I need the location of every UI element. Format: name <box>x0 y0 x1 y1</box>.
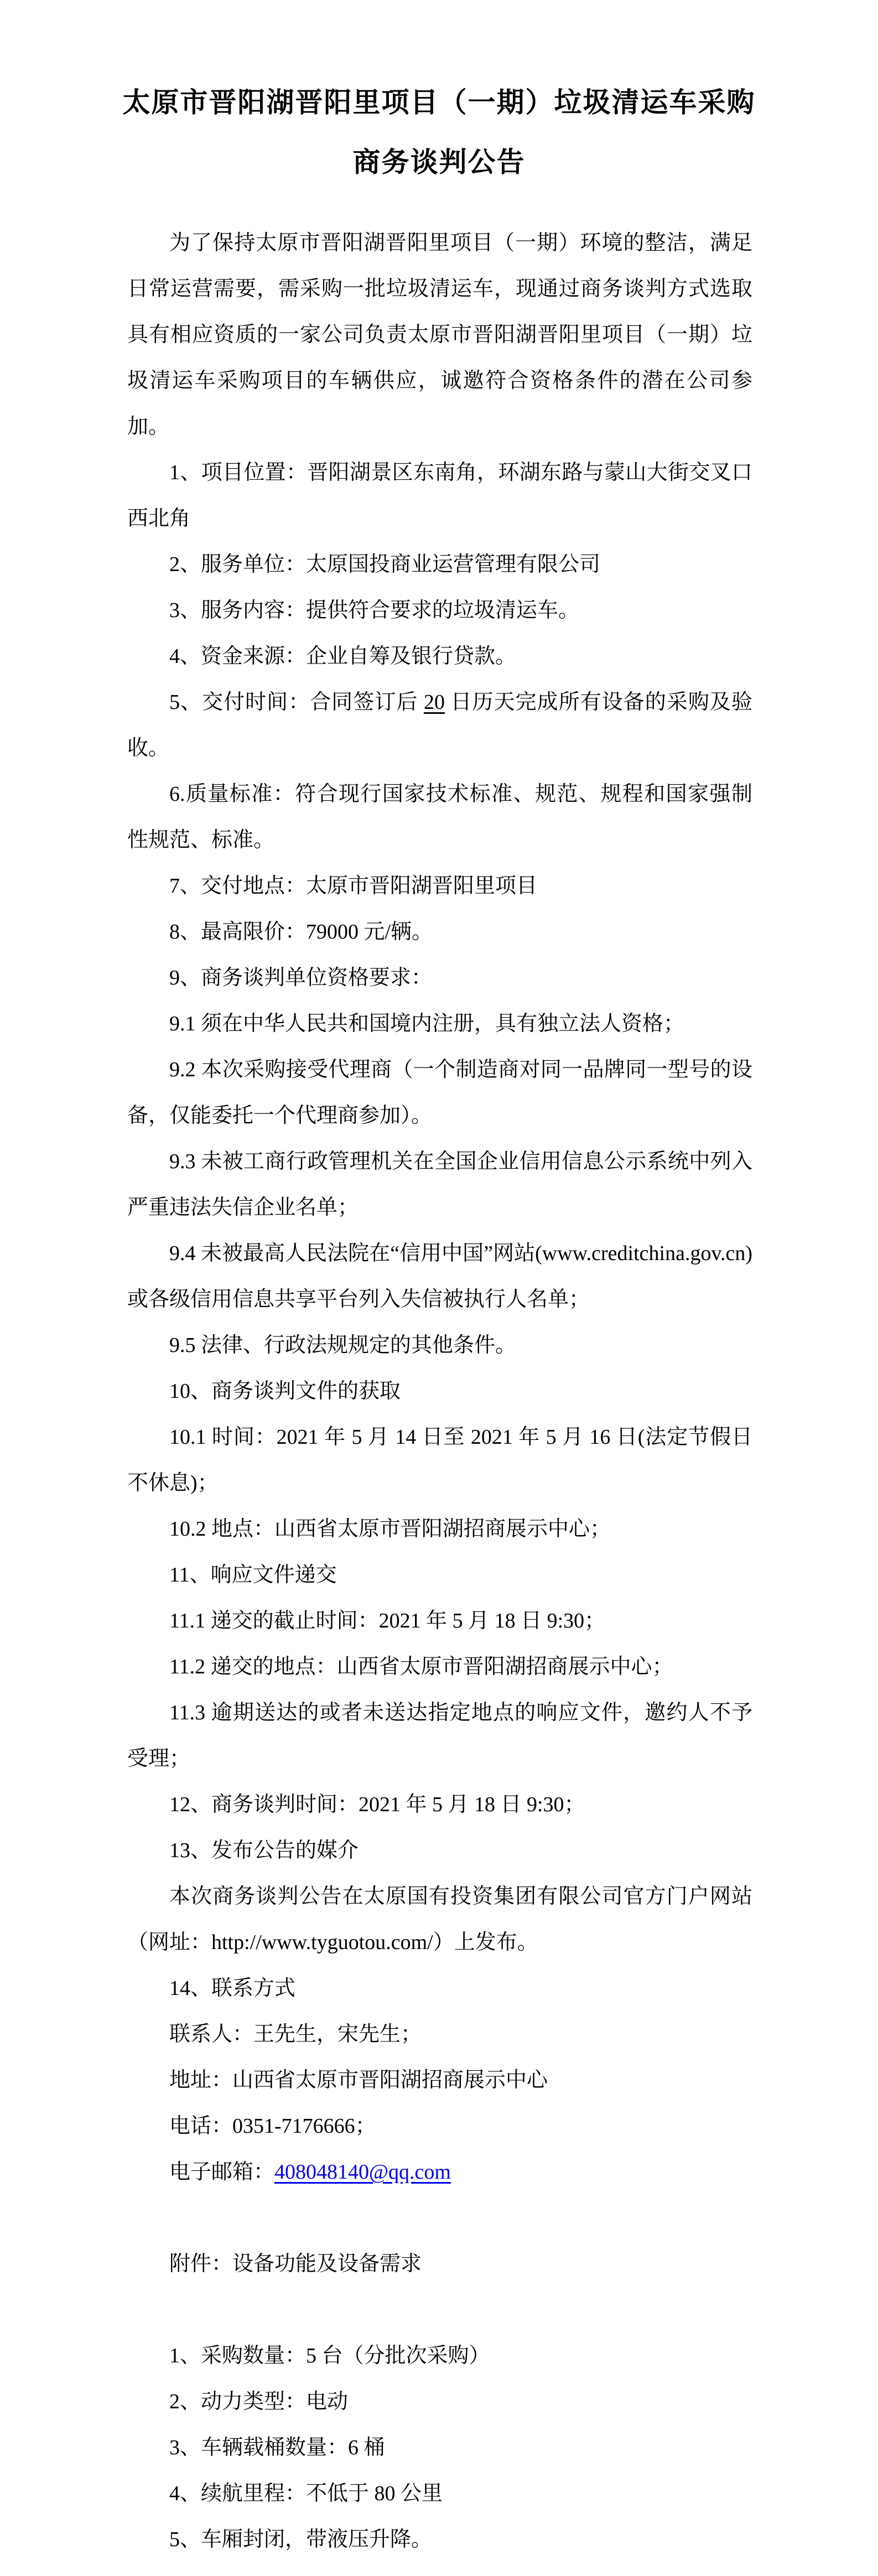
text-run: 2、服务单位：太原国投商业运营管理有限公司 <box>169 553 600 576</box>
paragraph: 6.质量标准：符合现行国家技术标准、规范、规程和国家强制性规范、标准。 <box>127 771 752 863</box>
paragraph: 11.1 递交的截止时间：2021 年 5 月 18 日 9:30； <box>127 1598 752 1644</box>
paragraph: 11.2 递交的地点：山西省太原市晋阳湖招商展示中心； <box>127 1644 752 1690</box>
paragraph: 4、资金来源：企业自筹及银行贷款。 <box>127 634 752 680</box>
paragraph: 联系人：王先生，宋先生； <box>127 2012 752 2057</box>
title-line-1: 太原市晋阳湖晋阳里项目（一期）垃圾清运车采购 <box>0 72 878 132</box>
paragraph: 2、服务单位：太原国投商业运营管理有限公司 <box>127 542 752 588</box>
paragraph: 为了保持太原市晋阳湖晋阳里项目（一期）环境的整洁，满足日常运营需要，需采购一批垃… <box>127 220 752 450</box>
paragraph: 10、商务谈判文件的获取 <box>127 1369 752 1414</box>
text-run: 5、交付时间：合同签订后 <box>169 691 424 714</box>
text-run: 4、资金来源：企业自筹及银行贷款。 <box>169 645 516 668</box>
text-run: 2、动力类型：电动 <box>169 2390 348 2413</box>
paragraph: 10.2 地点：山西省太原市晋阳湖招商展示中心； <box>127 1506 752 1552</box>
text-run: 9、商务谈判单位资格要求： <box>169 966 432 989</box>
text-run: 地址：山西省太原市晋阳湖招商展示中心 <box>169 2069 548 2092</box>
paragraph: 5、车厢封闭，带液压升降。 <box>127 2517 752 2563</box>
text-run: 11、响应文件递交 <box>169 1563 337 1587</box>
text-run: 为了保持太原市晋阳湖晋阳里项目（一期）环境的整洁，满足日常运营需要，需采购一批垃… <box>127 231 752 438</box>
text-run: 7、交付地点：太原市晋阳湖晋阳里项目 <box>169 874 537 898</box>
text-run: 3、车辆载桶数量：6 桶 <box>169 2436 385 2459</box>
text-run: 9.3 未被工商行政管理机关在全国企业信用信息公示系统中列入严重违法失信企业名单… <box>127 1150 752 1219</box>
document-body: 为了保持太原市晋阳湖晋阳里项目（一期）环境的整洁，满足日常运营需要，需采购一批垃… <box>127 220 752 2563</box>
text-run: 附件：设备功能及设备需求 <box>169 2252 422 2276</box>
paragraph: 3、车辆载桶数量：6 桶 <box>127 2425 752 2471</box>
text-run: 12、商务谈判时间：2021 年 5 月 18 日 9:30； <box>169 1793 585 1816</box>
text-run: 9.5 法律、行政法规规定的其他条件。 <box>169 1334 516 1357</box>
text-run: 6.质量标准：符合现行国家技术标准、规范、规程和国家强制性规范、标准。 <box>127 782 752 852</box>
document-page: 太原市晋阳湖晋阳里项目（一期）垃圾清运车采购 商务谈判公告 为了保持太原市晋阳湖… <box>0 0 878 2576</box>
paragraph: 4、续航里程：不低于 80 公里 <box>127 2471 752 2517</box>
blank-line <box>127 2195 752 2241</box>
paragraph: 电子邮箱：408048140@qq.com <box>127 2149 752 2195</box>
paragraph: 3、服务内容：提供符合要求的垃圾清运车。 <box>127 588 752 634</box>
text-run: 电话：0351-7176666； <box>169 2114 376 2138</box>
text-run: 11.3 逾期送达的或者未送达指定地点的响应文件，邀约人不予受理； <box>127 1701 752 1770</box>
paragraph: 1、采购数量：5 台（分批次采购） <box>127 2333 752 2379</box>
paragraph: 7、交付地点：太原市晋阳湖晋阳里项目 <box>127 863 752 909</box>
paragraph: 本次商务谈判公告在太原国有投资集团有限公司官方门户网站（网址：http://ww… <box>127 1874 752 1966</box>
text-run: 10、商务谈判文件的获取 <box>169 1380 401 1403</box>
text-run: 11.1 递交的截止时间：2021 年 5 月 18 日 9:30； <box>169 1609 605 1632</box>
text-run: 13、发布公告的媒介 <box>169 1839 359 1862</box>
text-run: 9.2 本次采购接受代理商（一个制造商对同一品牌同一型号的设备，仅能委托一个代理… <box>127 1058 752 1127</box>
paragraph: 电话：0351-7176666； <box>127 2103 752 2149</box>
paragraph: 地址：山西省太原市晋阳湖招商展示中心 <box>127 2057 752 2103</box>
paragraph: 11、响应文件递交 <box>127 1552 752 1598</box>
text-run: 5、车厢封闭，带液压升降。 <box>169 2528 432 2551</box>
paragraph: 12、商务谈判时间：2021 年 5 月 18 日 9:30； <box>127 1782 752 1828</box>
paragraph: 9.3 未被工商行政管理机关在全国企业信用信息公示系统中列入严重违法失信企业名单… <box>127 1139 752 1231</box>
text-run: 11.2 递交的地点：山西省太原市晋阳湖招商展示中心； <box>169 1655 673 1678</box>
paragraph: 9.4 未被最高人民法院在“信用中国”网站(www.creditchina.go… <box>127 1231 752 1323</box>
paragraph: 9.5 法律、行政法规规定的其他条件。 <box>127 1323 752 1369</box>
paragraph: 10.1 时间：2021 年 5 月 14 日至 2021 年 5 月 16 日… <box>127 1414 752 1506</box>
paragraph: 13、发布公告的媒介 <box>127 1828 752 1874</box>
paragraph: 11.3 逾期送达的或者未送达指定地点的响应文件，邀约人不予受理； <box>127 1690 752 1782</box>
text-run: 3、服务内容：提供符合要求的垃圾清运车。 <box>169 599 579 622</box>
title-line-2: 商务谈判公告 <box>0 132 878 192</box>
text-run: 电子邮箱： <box>169 2160 274 2184</box>
document-title: 太原市晋阳湖晋阳里项目（一期）垃圾清运车采购 商务谈判公告 <box>0 72 878 192</box>
paragraph: 9.2 本次采购接受代理商（一个制造商对同一品牌同一型号的设备，仅能委托一个代理… <box>127 1047 752 1139</box>
text-run: 10.1 时间：2021 年 5 月 14 日至 2021 年 5 月 16 日… <box>127 1426 752 1495</box>
paragraph: 5、交付时间：合同签订后 20 日历天完成所有设备的采购及验收。 <box>127 680 752 771</box>
underlined-number: 20 <box>424 691 445 714</box>
paragraph: 2、动力类型：电动 <box>127 2379 752 2425</box>
text-run: 联系人：王先生，宋先生； <box>169 2023 422 2046</box>
text-run: 9.1 须在中华人民共和国境内注册，具有独立法人资格； <box>169 1012 684 1035</box>
paragraph: 9.1 须在中华人民共和国境内注册，具有独立法人资格； <box>127 1001 752 1047</box>
email-link[interactable]: 408048140@qq.com <box>274 2160 451 2184</box>
text-run: 本次商务谈判公告在太原国有投资集团有限公司官方门户网站（网址：http://ww… <box>127 1885 752 1954</box>
text-run: 4、续航里程：不低于 80 公里 <box>169 2482 443 2505</box>
paragraph: 9、商务谈判单位资格要求： <box>127 955 752 1001</box>
text-run: 14、联系方式 <box>169 1977 295 2000</box>
paragraph: 1、项目位置：晋阳湖景区东南角，环湖东路与蒙山大街交叉口西北角 <box>127 450 752 542</box>
paragraph: 8、最高限价：79000 元/辆。 <box>127 909 752 955</box>
paragraph: 14、联系方式 <box>127 1966 752 2012</box>
text-run: 8、最高限价：79000 元/辆。 <box>169 920 433 944</box>
text-run: 1、采购数量：5 台（分批次采购） <box>169 2344 490 2367</box>
text-run: 10.2 地点：山西省太原市晋阳湖招商展示中心； <box>169 1517 611 1541</box>
paragraph: 附件：设备功能及设备需求 <box>127 2241 752 2287</box>
text-run: 1、项目位置：晋阳湖景区东南角，环湖东路与蒙山大街交叉口西北角 <box>127 461 752 530</box>
blank-line <box>127 2287 752 2333</box>
text-run: 9.4 未被最高人民法院在“信用中国”网站(www.creditchina.go… <box>127 1242 752 1311</box>
